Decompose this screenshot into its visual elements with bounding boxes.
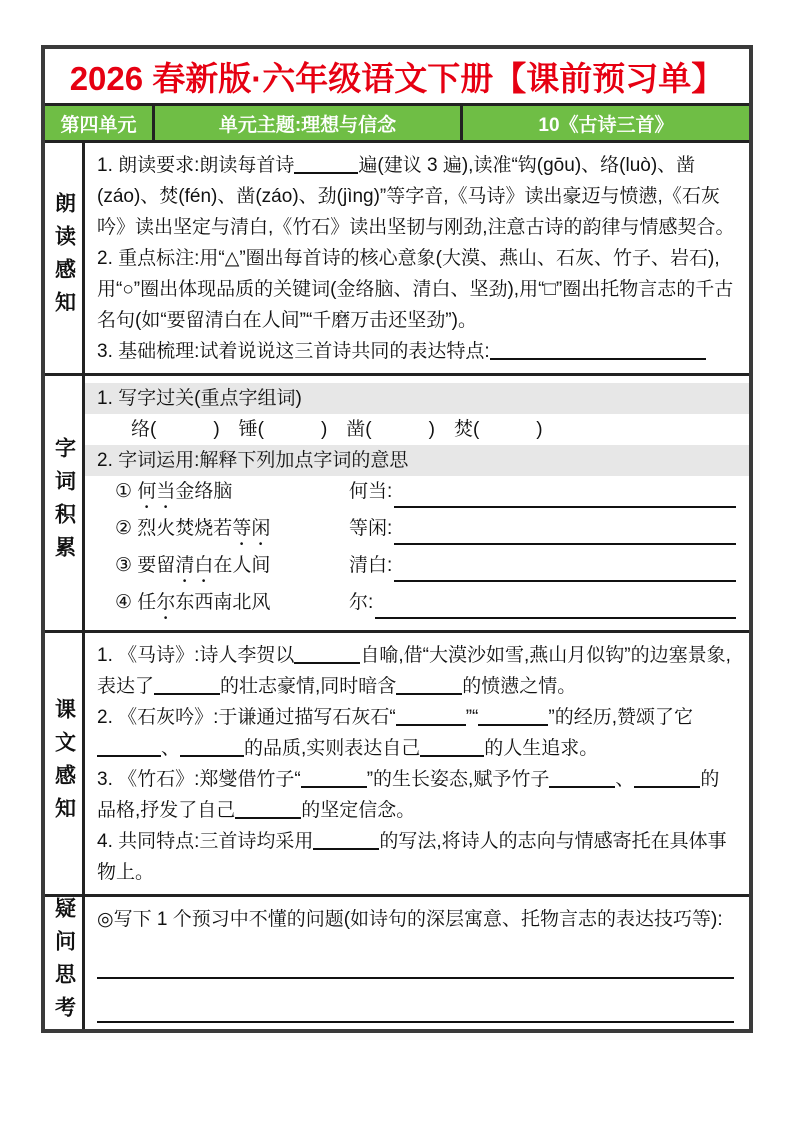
content-line: 2. 重点标注:用“△”圈出每首诗的核心意象(大漠、燕山、石灰、竹子、岩石),用… — [97, 243, 736, 336]
fill-in-blank — [549, 766, 615, 788]
fill-in-blank — [634, 766, 700, 788]
unit-header-row: 第四单元 单元主题:理想与信念 10《古诗三首》 — [45, 103, 749, 143]
definition-term: 尔: — [349, 587, 373, 624]
word-phrase: ③ 要留清白在人间 — [115, 550, 349, 587]
content-line: 1. 写字过关(重点字组词) — [85, 383, 749, 414]
word-definition: 尔: — [349, 587, 736, 624]
fill-in-blank — [294, 642, 360, 664]
text-segment: ② 烈火焚烧若 — [115, 518, 232, 539]
section-words: 字词积累1. 写字过关(重点字组词)络( ) 锤( ) 凿( ) 焚( )2. … — [45, 376, 749, 633]
fill-in-blank — [394, 513, 736, 545]
text-segment: 1. 朗读要求:朗读每首诗 — [97, 155, 294, 176]
text-segment: ◎写下 1 个预习中不懂的问题(如诗句的深层寓意、托物言志的表达技巧等): — [97, 909, 723, 930]
word-phrase: ① 何当金络脑 — [115, 476, 349, 513]
text-segment: 络( ) 锤( ) 凿( ) 焚( ) — [131, 419, 543, 440]
text-segment: 、 — [161, 738, 180, 759]
definition-term: 清白: — [349, 550, 392, 587]
content-line: ④ 任尔东西南北风尔: — [97, 587, 736, 624]
text-segment: ”的生长姿态,赋予竹子 — [367, 769, 550, 790]
theme-cell: 单元主题:理想与信念 — [155, 106, 463, 140]
word-definition: 清白: — [349, 550, 736, 587]
text-segment: 3. 基础梳理:试着说说这三首诗共同的表达特点: — [97, 341, 490, 362]
text-segment: 1. 写字过关(重点字组词) — [97, 388, 302, 409]
content-line: 1. 《马诗》:诗人李贺以自喻,借“大漠沙如雪,燕山月似钩”的边塞景象,表达了的… — [97, 640, 736, 702]
section-label-cell: 字词积累 — [45, 376, 85, 630]
unit-cell: 第四单元 — [45, 106, 155, 140]
fill-in-blank — [420, 735, 484, 757]
text-segment: 的壮志豪情,同时暗含 — [220, 676, 396, 697]
content-line: 3. 《竹石》:郑燮借竹子“”的生长姿态,赋予竹子、的品格,抒发了自己的坚定信念… — [97, 764, 736, 826]
fill-in-blank — [375, 587, 736, 619]
content-line: ① 何当金络脑何当: — [97, 476, 736, 513]
content-line: ◎写下 1 个预习中不懂的问题(如诗句的深层寓意、托物言志的表达技巧等): — [97, 904, 736, 935]
fill-in-blank — [396, 673, 462, 695]
sections-container: 朗读感知1. 朗读要求:朗读每首诗遍(建议 3 遍),读准“钩(gōu)、络(l… — [45, 143, 749, 1029]
content-line: 4. 共同特点:三首诗均采用的写法,将诗人的志向与情感寄托在具体事物上。 — [97, 826, 736, 888]
content-line: 络( ) 锤( ) 凿( ) 焚( ) — [97, 414, 736, 445]
answer-line — [97, 979, 734, 1023]
section-label-cell: 朗读感知 — [45, 143, 85, 373]
text-segment: 的人生追求。 — [484, 738, 598, 759]
content-line: ③ 要留清白在人间清白: — [97, 550, 736, 587]
content-line: 2. 《石灰吟》:于谦通过描写石灰石“”“”的经历,赞颂了它、的品质,实则表达自… — [97, 702, 736, 764]
section-reading: 朗读感知1. 朗读要求:朗读每首诗遍(建议 3 遍),读准“钩(gōu)、络(l… — [45, 143, 749, 376]
text-segment: ”的经历,赞颂了它 — [548, 707, 693, 728]
section-content: 1. 朗读要求:朗读每首诗遍(建议 3 遍),读准“钩(gōu)、络(luò)、… — [85, 143, 749, 373]
text-segment: ”“ — [466, 707, 479, 728]
word-definition: 何当: — [349, 476, 736, 513]
content-line: ② 烈火焚烧若等闲等闲: — [97, 513, 736, 550]
title-row: 2026 春新版·六年级语文下册【课前预习单】 — [45, 49, 749, 103]
word-phrase: ② 烈火焚烧若等闲 — [115, 513, 349, 550]
text-segment: 东西南北风 — [175, 592, 270, 613]
text-segment: 的坚定信念。 — [301, 800, 415, 821]
lesson-cell: 10《古诗三首》 — [463, 106, 749, 140]
text-segment: 1. 《马诗》:诗人李贺以 — [97, 645, 294, 666]
text-segment: 3. 《竹石》:郑燮借竹子“ — [97, 769, 301, 790]
fill-in-blank — [313, 828, 379, 850]
fill-in-blank — [490, 338, 706, 360]
definition-term: 等闲: — [349, 513, 392, 550]
section-content: 1. 《马诗》:诗人李贺以自喻,借“大漠沙如雪,燕山月似钩”的边塞景象,表达了的… — [85, 633, 749, 894]
text-segment: ④ 任 — [115, 592, 156, 613]
text-segment: 2. 字词运用:解释下列加点字词的意思 — [97, 450, 408, 471]
content-line: 3. 基础梳理:试着说说这三首诗共同的表达特点: — [97, 336, 736, 367]
fill-in-blank — [394, 476, 736, 508]
section-label-cell: 课文感知 — [45, 633, 85, 894]
fill-in-blank — [394, 550, 736, 582]
page-title: 2026 春新版·六年级语文下册【课前预习单】 — [70, 53, 725, 100]
fill-in-blank — [301, 766, 367, 788]
fill-in-blank — [396, 704, 466, 726]
section-label-cell: 疑问思考 — [45, 897, 85, 1029]
fill-in-blank — [294, 152, 358, 174]
fill-in-blank — [97, 735, 161, 757]
emphasized-term: 等闲 — [232, 518, 270, 539]
word-phrase: ④ 任尔东西南北风 — [115, 587, 349, 624]
emphasized-term: 尔 — [156, 592, 175, 613]
section-label: 字词积累 — [44, 437, 84, 569]
content-line: 2. 字词运用:解释下列加点字词的意思 — [85, 445, 749, 476]
section-question: 疑问思考◎写下 1 个预习中不懂的问题(如诗句的深层寓意、托物言志的表达技巧等)… — [45, 897, 749, 1029]
text-segment: 金络脑 — [175, 481, 232, 502]
fill-in-blank — [235, 797, 301, 819]
section-content: ◎写下 1 个预习中不懂的问题(如诗句的深层寓意、托物言志的表达技巧等): — [85, 897, 749, 1029]
text-segment: ③ 要留 — [115, 555, 175, 576]
text-segment: 2. 重点标注:用“△”圈出每首诗的核心意象(大漠、燕山、石灰、竹子、岩石),用… — [97, 248, 733, 331]
text-segment: ① — [115, 481, 137, 502]
definition-term: 何当: — [349, 476, 392, 513]
text-segment: 的愤懑之情。 — [462, 676, 576, 697]
worksheet-page: 2026 春新版·六年级语文下册【课前预习单】 第四单元 单元主题:理想与信念 … — [41, 45, 753, 1033]
section-label: 课文感知 — [44, 698, 84, 830]
section-label: 朗读感知 — [44, 192, 84, 324]
fill-in-blank — [180, 735, 244, 757]
section-text: 课文感知1. 《马诗》:诗人李贺以自喻,借“大漠沙如雪,燕山月似钩”的边塞景象,… — [45, 633, 749, 897]
emphasized-term: 何当 — [137, 481, 175, 502]
section-label: 疑问思考 — [44, 897, 84, 1029]
text-segment: 2. 《石灰吟》:于谦通过描写石灰石“ — [97, 707, 396, 728]
answer-line — [97, 935, 734, 979]
word-definition: 等闲: — [349, 513, 736, 550]
text-segment: 的品质,实则表达自己 — [244, 738, 420, 759]
text-segment: 4. 共同特点:三首诗均采用 — [97, 831, 313, 852]
section-content: 1. 写字过关(重点字组词)络( ) 锤( ) 凿( ) 焚( )2. 字词运用… — [85, 376, 749, 630]
emphasized-term: 清白 — [175, 555, 213, 576]
text-segment: 、 — [615, 769, 634, 790]
content-line: 1. 朗读要求:朗读每首诗遍(建议 3 遍),读准“钩(gōu)、络(luò)、… — [97, 150, 736, 243]
text-segment: 在人间 — [213, 555, 270, 576]
fill-in-blank — [154, 673, 220, 695]
fill-in-blank — [478, 704, 548, 726]
